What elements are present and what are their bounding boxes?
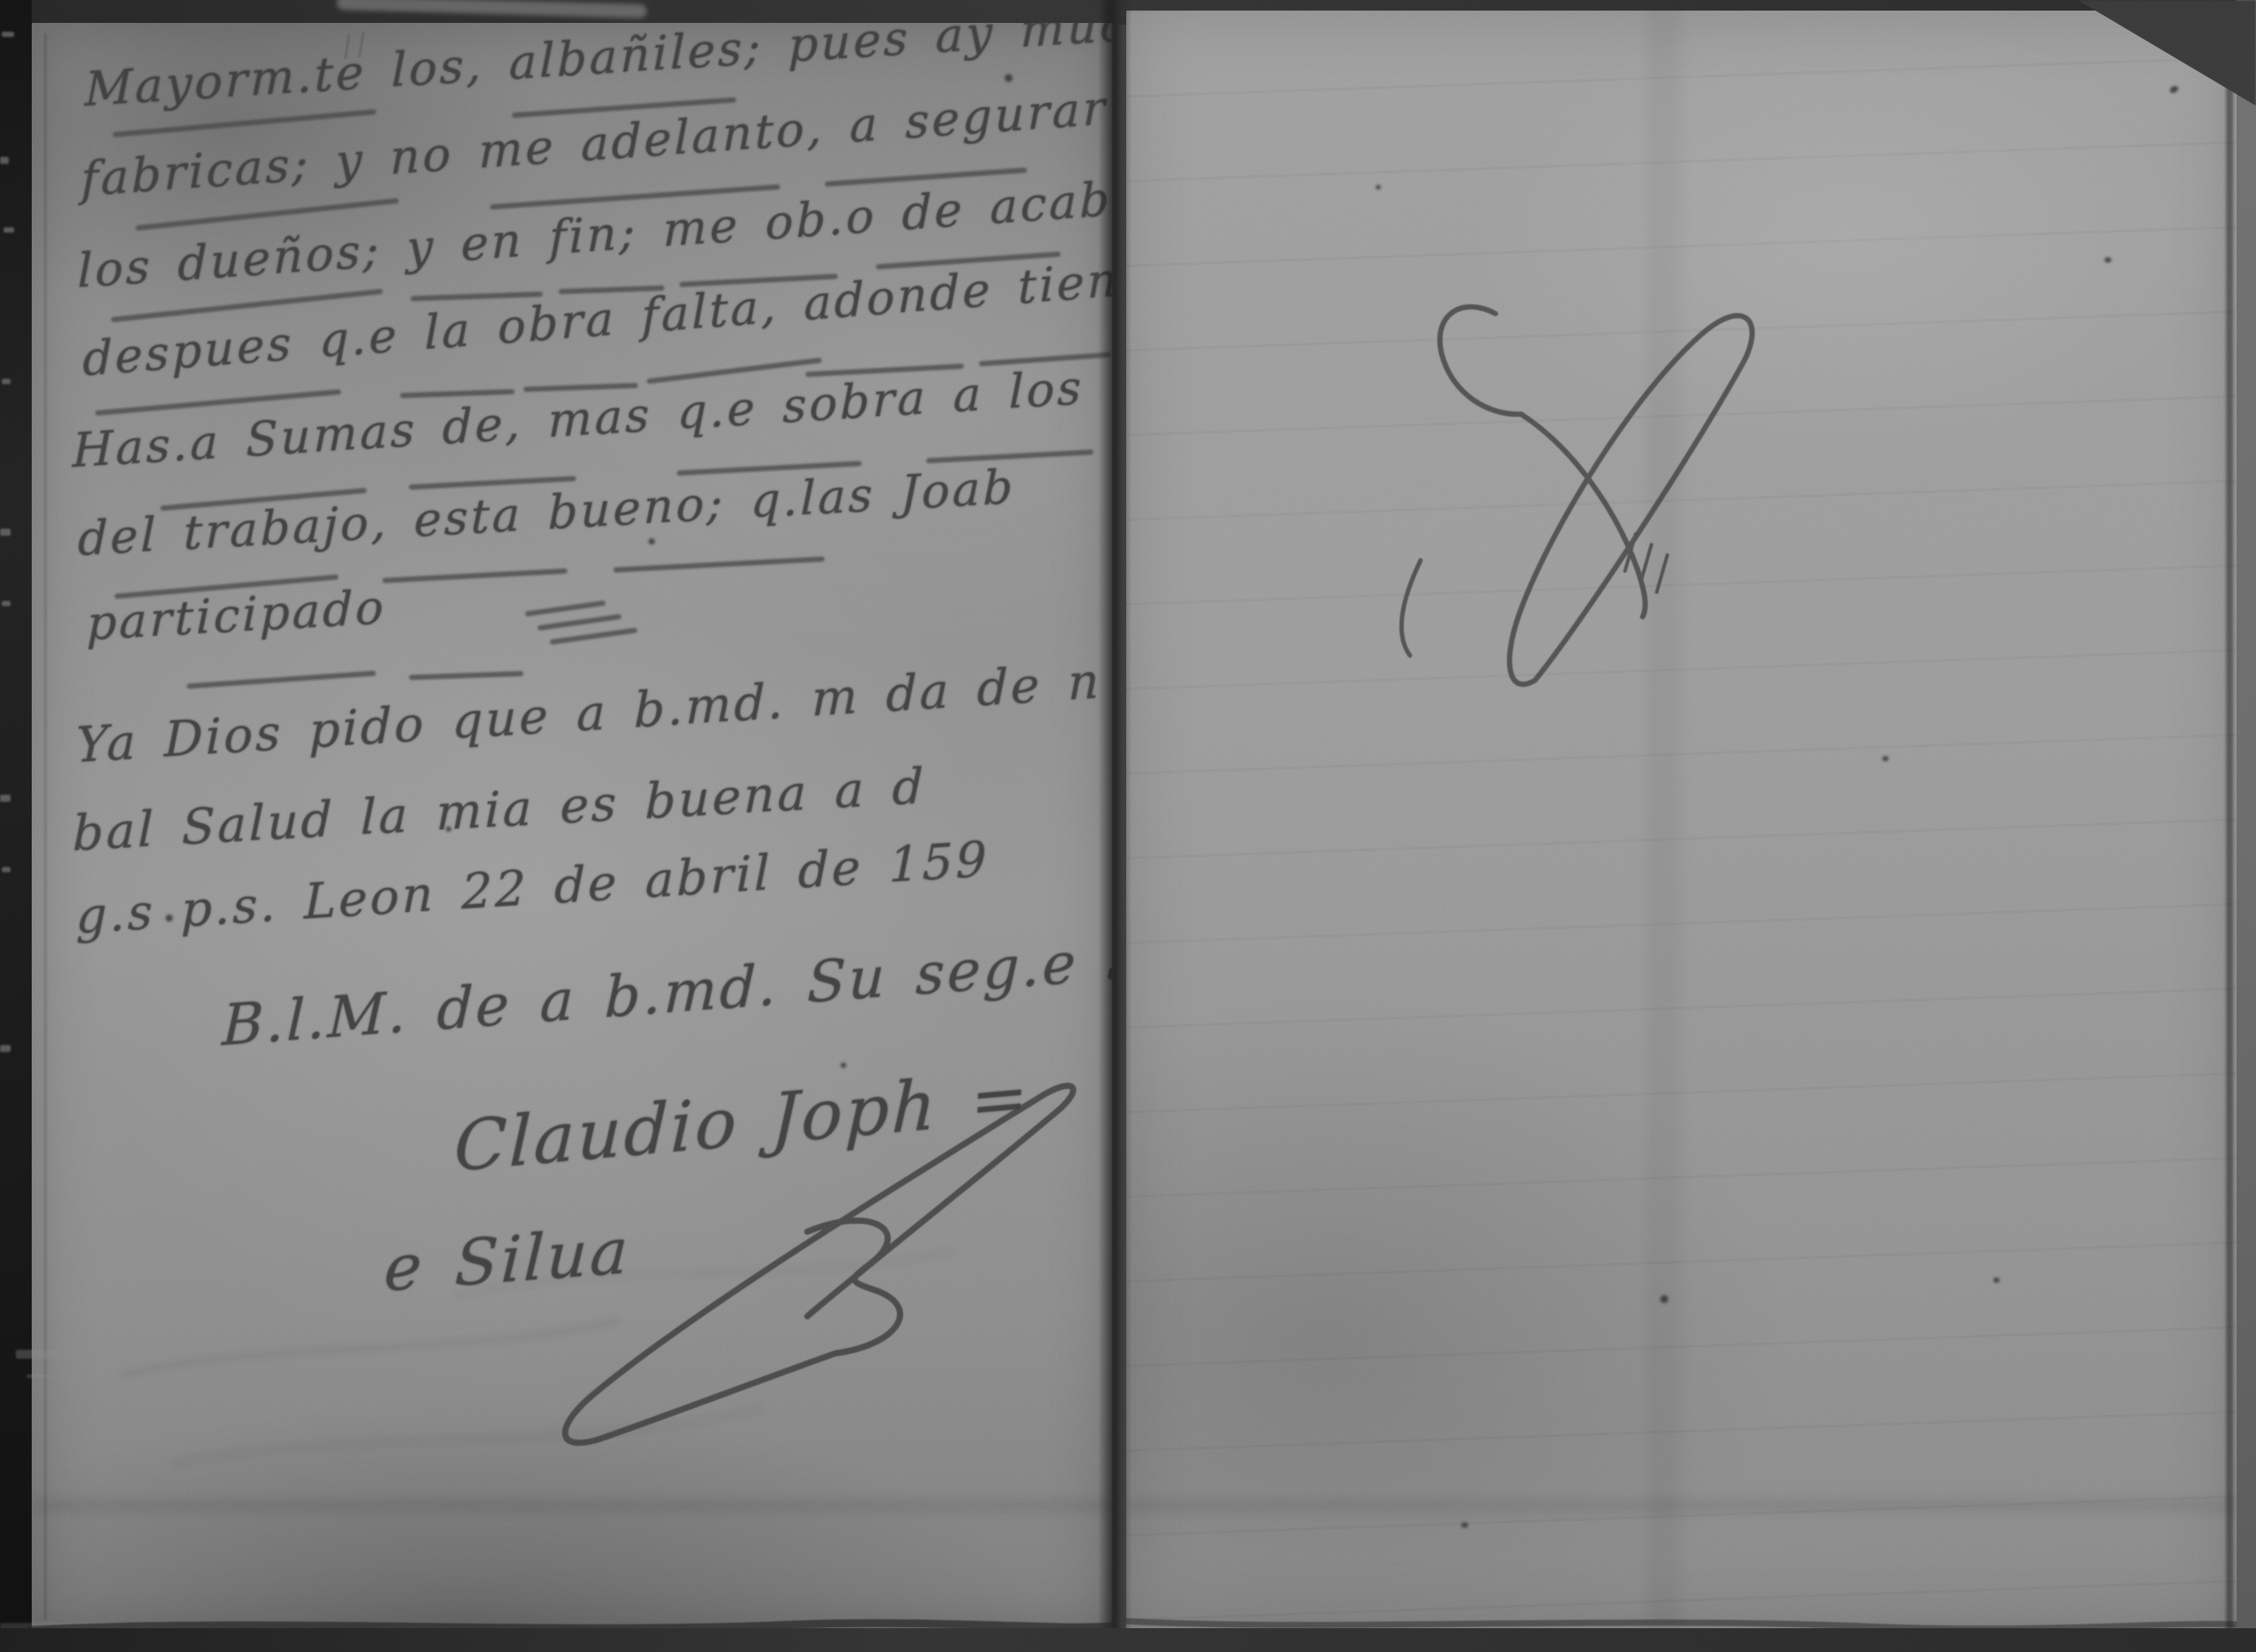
scan-edge-right [2237, 0, 2256, 1652]
manuscript-scan: Mayorm.te los, albañiles; pues ay much f… [0, 0, 2256, 1652]
ink-artwork-layer [0, 0, 2256, 1652]
scan-edge-bottom [0, 1628, 2256, 1652]
folio-mark [345, 33, 363, 58]
signature-rubric-icon [565, 1085, 1073, 1442]
right-page-fold-line [2226, 0, 2233, 1641]
rubric-flourish-icon [1401, 307, 1752, 684]
